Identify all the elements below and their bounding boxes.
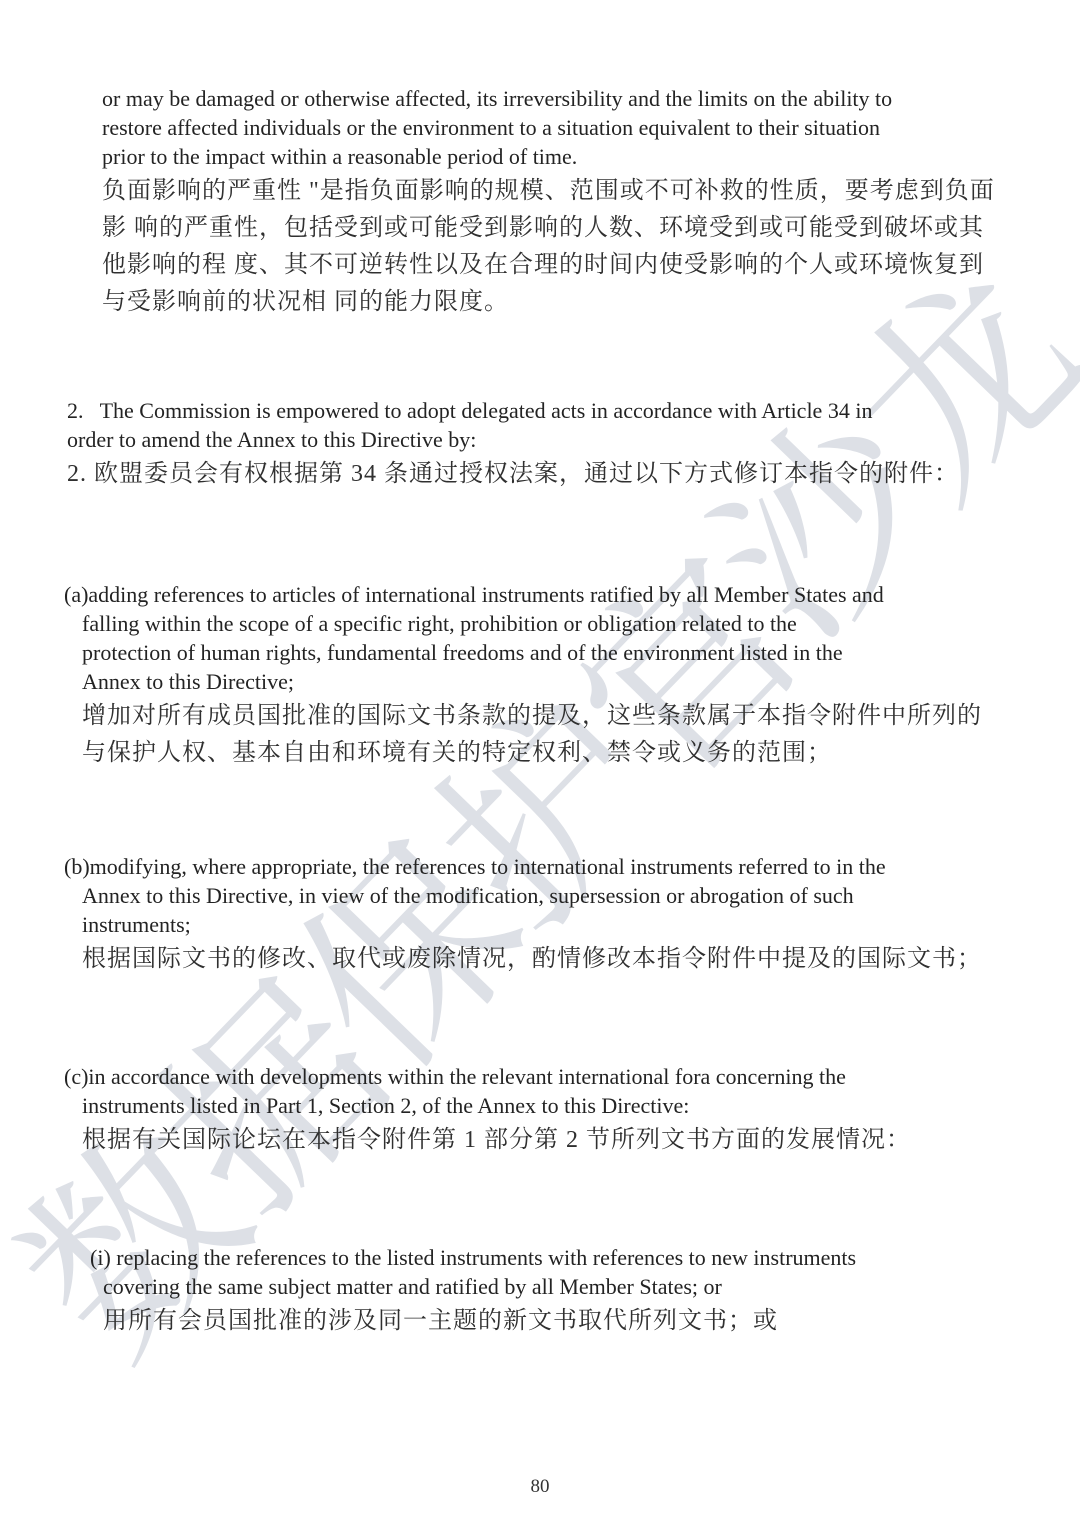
chinese-text: 根据有关国际论坛在本指令附件第 1 部分第 2 节所列文书方面的发展情况： [82, 1122, 1042, 1159]
chinese-text: 负面影响的严重性 "是指负面影响的规模、范围或不可补救的性质，要考虑到负面 影 … [102, 173, 1062, 321]
english-text: (i) replacing the references to the list… [103, 1243, 1063, 1301]
english-text: (b)modifying, where appropriate, the ref… [82, 852, 1042, 939]
paragraph-item-2: 2. The Commission is empowered to adopt … [67, 396, 1027, 493]
paragraph-item-a: (a)adding references to articles of inte… [64, 580, 1042, 772]
chinese-text: 2. 欧盟委员会有权根据第 34 条通过授权法案，通过以下方式修订本指令的附件： [67, 456, 1027, 493]
document-page: 数据保护官沙龙 or may be damaged or otherwise a… [0, 0, 1080, 1527]
paragraph-item-b: (b)modifying, where appropriate, the ref… [64, 852, 1042, 978]
english-text: 2. The Commission is empowered to adopt … [67, 396, 1027, 454]
page-number: 80 [0, 1476, 1080, 1498]
paragraph-severity-definition: or may be damaged or otherwise affected,… [102, 84, 1062, 321]
chinese-text: 用所有会员国批准的涉及同一主题的新文书取代所列文书；或 [103, 1303, 1063, 1340]
english-text: (a)adding references to articles of inte… [82, 580, 1042, 696]
chinese-text: 增加对所有成员国批准的国际文书条款的提及，这些条款属于本指令附件中所列的 与保护… [82, 698, 1042, 772]
english-text: or may be damaged or otherwise affected,… [102, 84, 1062, 171]
chinese-text: 根据国际文书的修改、取代或废除情况，酌情修改本指令附件中提及的国际文书； [82, 941, 1042, 978]
english-text: (c)in accordance with developments withi… [82, 1062, 1042, 1120]
paragraph-item-c: (c)in accordance with developments withi… [64, 1062, 1042, 1159]
paragraph-item-c-i: (i) replacing the references to the list… [90, 1243, 1063, 1340]
